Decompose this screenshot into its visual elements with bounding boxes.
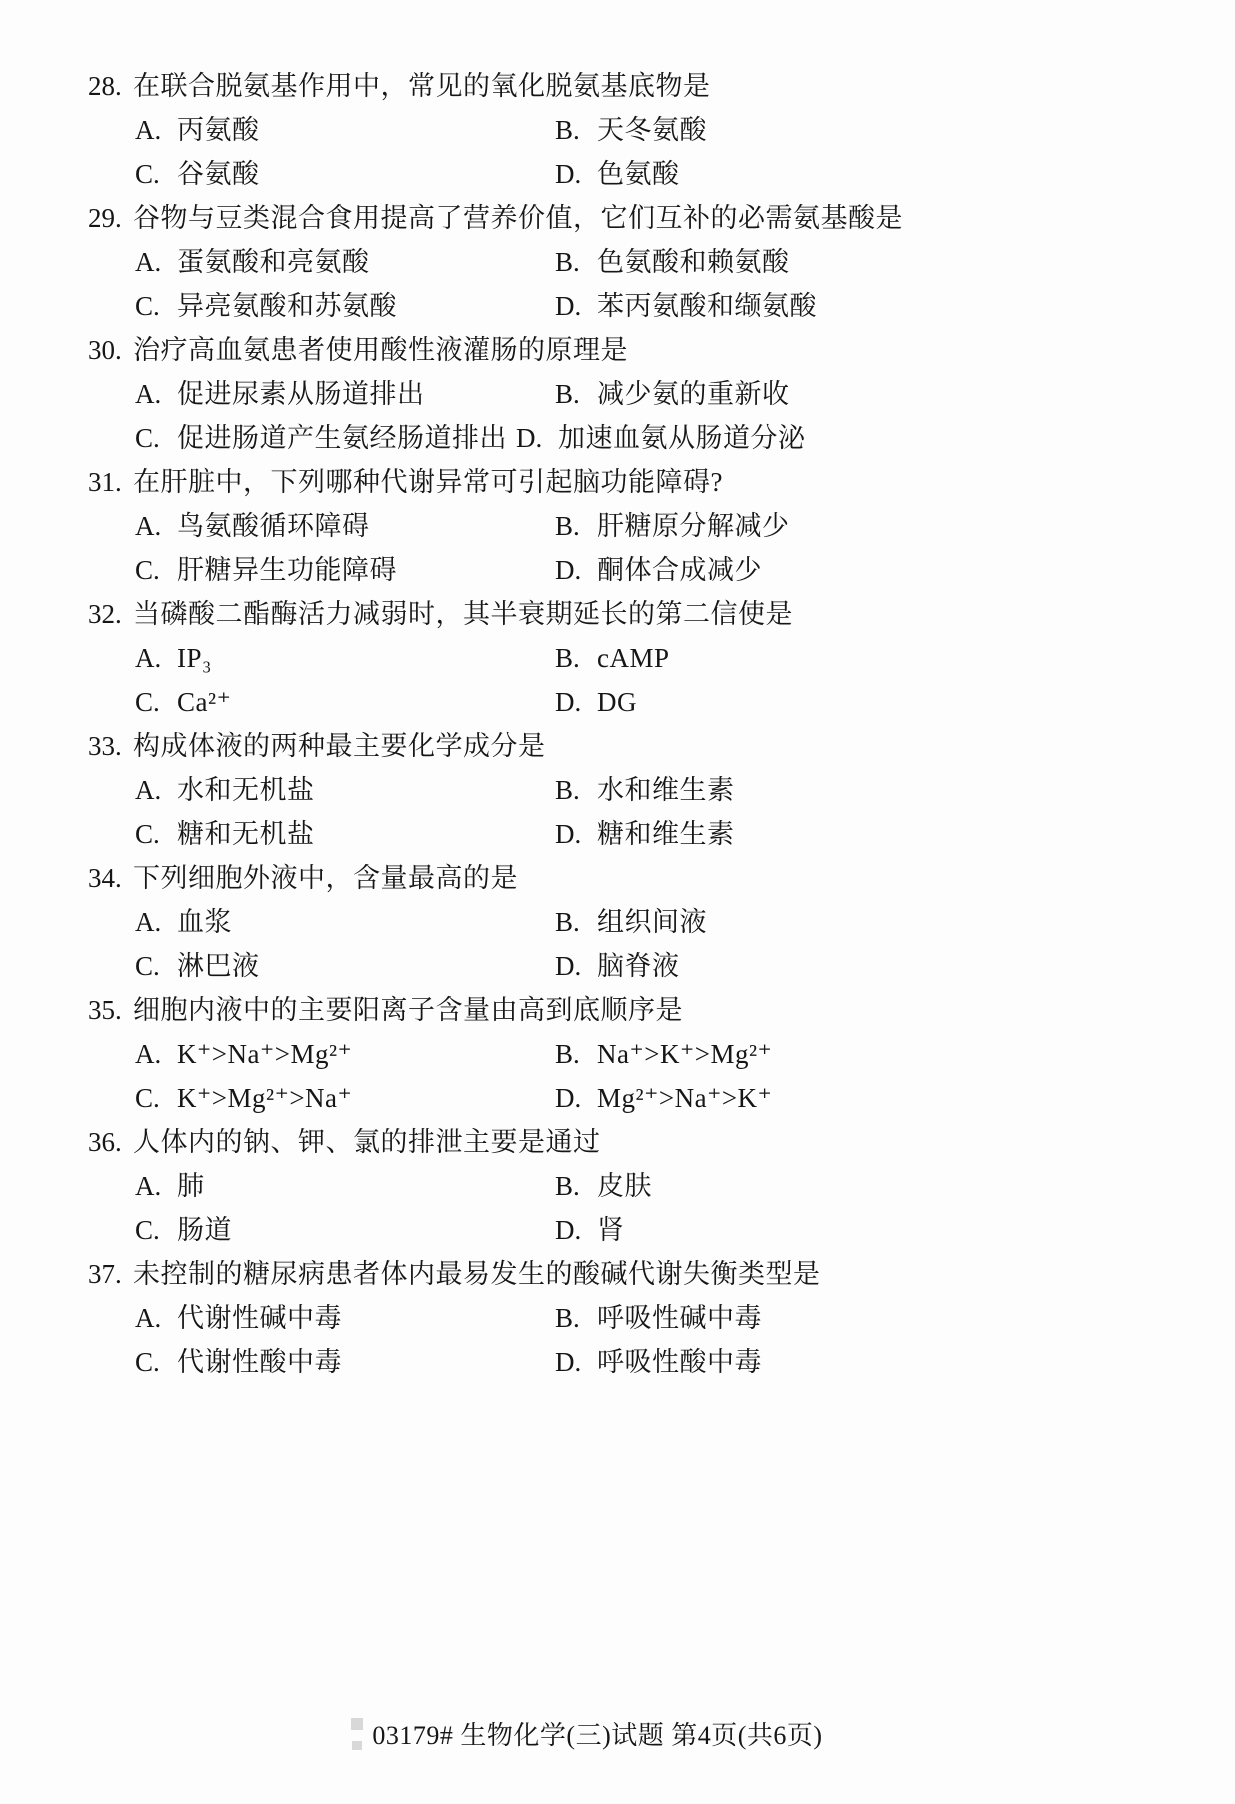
option-c-text: 代谢性酸中毒 — [177, 1340, 342, 1384]
option-row-cd: C. 代谢性酸中毒 D. 呼吸性酸中毒 — [0, 1340, 1235, 1384]
question-stem-row: 35. 细胞内液中的主要阳离子含量由高到底顺序是 — [0, 988, 1235, 1032]
option-b: B. 减少氨的重新收 — [555, 372, 790, 416]
option-a-text: IP₃ — [177, 636, 212, 680]
option-a-text: 水和无机盐 — [177, 768, 315, 812]
question-number: 37. — [88, 1252, 133, 1296]
question-stem-row: 33. 构成体液的两种最主要化学成分是 — [0, 724, 1235, 768]
option-c-label: C. — [135, 1208, 177, 1252]
option-c: C. 肠道 — [135, 1208, 555, 1252]
option-c-text: K⁺>Mg²⁺>Na⁺ — [177, 1076, 352, 1120]
option-c: C. 促进肠道产生氨经肠道排出 — [135, 416, 507, 460]
question-35: 35. 细胞内液中的主要阳离子含量由高到底顺序是 A. K⁺>Na⁺>Mg²⁺ … — [0, 988, 1235, 1120]
option-c-label: C. — [135, 284, 177, 328]
option-d-label: D. — [555, 152, 597, 196]
option-b: B. 组织间液 — [555, 900, 707, 944]
option-d-label: D. — [555, 548, 597, 592]
option-b-text: 肝糖原分解减少 — [597, 504, 790, 548]
question-number: 28. — [88, 64, 133, 108]
option-c-text: 谷氨酸 — [177, 152, 260, 196]
question-number: 29. — [88, 196, 133, 240]
option-d-text: 肾 — [597, 1208, 625, 1252]
question-36: 36. 人体内的钠、钾、氯的排泄主要是通过 A. 肺 B. 皮肤 C. 肠道 — [0, 1120, 1235, 1252]
option-c: C. 异亮氨酸和苏氨酸 — [135, 284, 555, 328]
option-d-label: D. — [555, 1340, 597, 1384]
option-row-ab: A. 蛋氨酸和亮氨酸 B. 色氨酸和赖氨酸 — [0, 240, 1235, 284]
option-a: A. 蛋氨酸和亮氨酸 — [135, 240, 555, 284]
option-b-label: B. — [555, 372, 597, 416]
option-row-cd: C. 糖和无机盐 D. 糖和维生素 — [0, 812, 1235, 856]
option-a-label: A. — [135, 1032, 177, 1076]
option-row-cd: C. 谷氨酸 D. 色氨酸 — [0, 152, 1235, 196]
option-a-text: K⁺>Na⁺>Mg²⁺ — [177, 1032, 352, 1076]
option-c-text: 糖和无机盐 — [177, 812, 315, 856]
option-d-text: 色氨酸 — [597, 152, 680, 196]
option-d: D. 肾 — [555, 1208, 625, 1252]
option-a-text: 血浆 — [177, 900, 232, 944]
option-a-text: 促进尿素从肠道排出 — [177, 372, 425, 416]
option-a-label: A. — [135, 900, 177, 944]
option-row-ab: A. 血浆 B. 组织间液 — [0, 900, 1235, 944]
option-d-label: D. — [555, 680, 597, 724]
option-c: C. 淋巴液 — [135, 944, 555, 988]
option-b: B. 水和维生素 — [555, 768, 735, 812]
option-c: C. 谷氨酸 — [135, 152, 555, 196]
question-stem: 当磷酸二酯酶活力减弱时，其半衰期延长的第二信使是 — [133, 592, 793, 636]
option-c-label: C. — [135, 152, 177, 196]
option-a-text: 鸟氨酸循环障碍 — [177, 504, 370, 548]
question-28: 28. 在联合脱氨基作用中，常见的氧化脱氨基底物是 A. 丙氨酸 B. 天冬氨酸… — [0, 64, 1235, 196]
option-c-label: C. — [135, 1340, 177, 1384]
option-b-text: Na⁺>K⁺>Mg²⁺ — [597, 1032, 772, 1076]
question-number: 30. — [88, 328, 133, 372]
question-stem: 人体内的钠、钾、氯的排泄主要是通过 — [133, 1120, 601, 1164]
question-30: 30. 治疗高血氨患者使用酸性液灌肠的原理是 A. 促进尿素从肠道排出 B. 减… — [0, 328, 1235, 460]
option-b-text: cAMP — [597, 636, 670, 680]
option-row-ab: A. 鸟氨酸循环障碍 B. 肝糖原分解减少 — [0, 504, 1235, 548]
option-b-label: B. — [555, 1032, 597, 1076]
option-a-text: 代谢性碱中毒 — [177, 1296, 342, 1340]
option-row-ab: A. 代谢性碱中毒 B. 呼吸性碱中毒 — [0, 1296, 1235, 1340]
option-b-label: B. — [555, 1164, 597, 1208]
question-34: 34. 下列细胞外液中，含量最高的是 A. 血浆 B. 组织间液 C. 淋巴液 — [0, 856, 1235, 988]
option-d-label: D. — [555, 1208, 597, 1252]
option-b: B. cAMP — [555, 636, 670, 680]
question-33: 33. 构成体液的两种最主要化学成分是 A. 水和无机盐 B. 水和维生素 C.… — [0, 724, 1235, 856]
option-a-label: A. — [135, 1296, 177, 1340]
option-c-label: C. — [135, 1076, 177, 1120]
option-d: D. 脑脊液 — [555, 944, 680, 988]
option-b-text: 组织间液 — [597, 900, 707, 944]
question-stem: 构成体液的两种最主要化学成分是 — [133, 724, 546, 768]
option-c-text: 促进肠道产生氨经肠道排出 — [177, 416, 507, 460]
option-d: D. 酮体合成减少 — [555, 548, 762, 592]
option-row-cd: C. 肝糖异生功能障碍 D. 酮体合成减少 — [0, 548, 1235, 592]
option-d-label: D. — [516, 416, 558, 460]
option-b: B. 皮肤 — [555, 1164, 652, 1208]
option-a: A. 促进尿素从肠道排出 — [135, 372, 555, 416]
option-d: D. 呼吸性酸中毒 — [555, 1340, 762, 1384]
option-d: D. 加速血氨从肠道分泌 — [516, 416, 806, 460]
question-stem: 在肝脏中，下列哪种代谢异常可引起脑功能障碍? — [133, 460, 723, 504]
question-stem-row: 31. 在肝脏中，下列哪种代谢异常可引起脑功能障碍? — [0, 460, 1235, 504]
question-number: 31. — [88, 460, 133, 504]
option-row-cd: C. 肠道 D. 肾 — [0, 1208, 1235, 1252]
question-number: 36. — [88, 1120, 133, 1164]
option-b-label: B. — [555, 108, 597, 152]
option-a: A. 血浆 — [135, 900, 555, 944]
option-d-text: Mg²⁺>Na⁺>K⁺ — [597, 1076, 772, 1120]
option-d-label: D. — [555, 1076, 597, 1120]
question-stem-row: 30. 治疗高血氨患者使用酸性液灌肠的原理是 — [0, 328, 1235, 372]
option-a: A. 肺 — [135, 1164, 555, 1208]
option-a: A. 鸟氨酸循环障碍 — [135, 504, 555, 548]
option-a-label: A. — [135, 108, 177, 152]
option-b: B. Na⁺>K⁺>Mg²⁺ — [555, 1032, 772, 1076]
option-c-label: C. — [135, 680, 177, 724]
option-c-text: 肝糖异生功能障碍 — [177, 548, 397, 592]
page-footer: 03179# 生物化学(三)试题 第4页(共6页) — [0, 1716, 1195, 1756]
option-row-ab: A. 肺 B. 皮肤 — [0, 1164, 1235, 1208]
question-stem: 下列细胞外液中，含量最高的是 — [133, 856, 518, 900]
question-stem: 谷物与豆类混合食用提高了营养价值，它们互补的必需氨基酸是 — [133, 196, 903, 240]
option-row-ab: A. 促进尿素从肠道排出 B. 减少氨的重新收 — [0, 372, 1235, 416]
question-29: 29. 谷物与豆类混合食用提高了营养价值，它们互补的必需氨基酸是 A. 蛋氨酸和… — [0, 196, 1235, 328]
question-37: 37. 未控制的糖尿病患者体内最易发生的酸碱代谢失衡类型是 A. 代谢性碱中毒 … — [0, 1252, 1235, 1384]
option-d: D. 色氨酸 — [555, 152, 680, 196]
option-a-text: 丙氨酸 — [177, 108, 260, 152]
exam-page: 28. 在联合脱氨基作用中，常见的氧化脱氨基底物是 A. 丙氨酸 B. 天冬氨酸… — [0, 0, 1235, 1804]
option-a: A. K⁺>Na⁺>Mg²⁺ — [135, 1032, 555, 1076]
option-row-cd: C. 促进肠道产生氨经肠道排出 D. 加速血氨从肠道分泌 — [0, 416, 1235, 460]
question-stem-row: 29. 谷物与豆类混合食用提高了营养价值，它们互补的必需氨基酸是 — [0, 196, 1235, 240]
question-number: 32. — [88, 592, 133, 636]
option-row-ab: A. K⁺>Na⁺>Mg²⁺ B. Na⁺>K⁺>Mg²⁺ — [0, 1032, 1235, 1076]
question-32: 32. 当磷酸二酯酶活力减弱时，其半衰期延长的第二信使是 A. IP₃ B. c… — [0, 592, 1235, 724]
option-d-text: 酮体合成减少 — [597, 548, 762, 592]
question-stem-row: 34. 下列细胞外液中，含量最高的是 — [0, 856, 1235, 900]
option-b-text: 呼吸性碱中毒 — [597, 1296, 762, 1340]
option-a: A. IP₃ — [135, 636, 555, 680]
question-stem-row: 32. 当磷酸二酯酶活力减弱时，其半衰期延长的第二信使是 — [0, 592, 1235, 636]
option-a-label: A. — [135, 1164, 177, 1208]
option-row-ab: A. 丙氨酸 B. 天冬氨酸 — [0, 108, 1235, 152]
option-b-text: 减少氨的重新收 — [597, 372, 790, 416]
option-d: D. 糖和维生素 — [555, 812, 735, 856]
option-c: C. 代谢性酸中毒 — [135, 1340, 555, 1384]
option-d-label: D. — [555, 944, 597, 988]
option-d: D. Mg²⁺>Na⁺>K⁺ — [555, 1076, 772, 1120]
option-c-text: 淋巴液 — [177, 944, 260, 988]
question-number: 34. — [88, 856, 133, 900]
question-31: 31. 在肝脏中，下列哪种代谢异常可引起脑功能障碍? A. 鸟氨酸循环障碍 B.… — [0, 460, 1235, 592]
option-a: A. 丙氨酸 — [135, 108, 555, 152]
option-c-label: C. — [135, 548, 177, 592]
option-a-label: A. — [135, 636, 177, 680]
option-b-label: B. — [555, 504, 597, 548]
question-number: 33. — [88, 724, 133, 768]
question-stem-row: 37. 未控制的糖尿病患者体内最易发生的酸碱代谢失衡类型是 — [0, 1252, 1235, 1296]
option-d: D. DG — [555, 680, 637, 724]
question-stem-row: 36. 人体内的钠、钾、氯的排泄主要是通过 — [0, 1120, 1235, 1164]
option-a-label: A. — [135, 768, 177, 812]
option-b: B. 肝糖原分解减少 — [555, 504, 790, 548]
option-b: B. 天冬氨酸 — [555, 108, 707, 152]
option-b-label: B. — [555, 240, 597, 284]
option-d-text: 脑脊液 — [597, 944, 680, 988]
option-d-text: 糖和维生素 — [597, 812, 735, 856]
option-row-cd: C. K⁺>Mg²⁺>Na⁺ D. Mg²⁺>Na⁺>K⁺ — [0, 1076, 1235, 1120]
option-c-text: Ca²⁺ — [177, 680, 231, 724]
option-c-label: C. — [135, 812, 177, 856]
option-b-text: 色氨酸和赖氨酸 — [597, 240, 790, 284]
option-b-text: 天冬氨酸 — [597, 108, 707, 152]
option-c-label: C. — [135, 944, 177, 988]
option-d-text: 呼吸性酸中毒 — [597, 1340, 762, 1384]
option-a-text: 蛋氨酸和亮氨酸 — [177, 240, 370, 284]
option-d-text: 加速血氨从肠道分泌 — [558, 416, 806, 460]
option-row-cd: C. 异亮氨酸和苏氨酸 D. 苯丙氨酸和缬氨酸 — [0, 284, 1235, 328]
question-list: 28. 在联合脱氨基作用中，常见的氧化脱氨基底物是 A. 丙氨酸 B. 天冬氨酸… — [0, 64, 1235, 1384]
question-stem: 未控制的糖尿病患者体内最易发生的酸碱代谢失衡类型是 — [133, 1252, 821, 1296]
option-b: B. 呼吸性碱中毒 — [555, 1296, 762, 1340]
option-a-text: 肺 — [177, 1164, 205, 1208]
option-c: C. K⁺>Mg²⁺>Na⁺ — [135, 1076, 555, 1120]
option-d-label: D. — [555, 812, 597, 856]
option-row-cd: C. Ca²⁺ D. DG — [0, 680, 1235, 724]
option-d-label: D. — [555, 284, 597, 328]
option-a: A. 代谢性碱中毒 — [135, 1296, 555, 1340]
option-a: A. 水和无机盐 — [135, 768, 555, 812]
question-stem: 在联合脱氨基作用中，常见的氧化脱氨基底物是 — [133, 64, 711, 108]
option-d-text: DG — [597, 680, 637, 724]
option-b-label: B. — [555, 636, 597, 680]
option-a-label: A. — [135, 372, 177, 416]
option-b: B. 色氨酸和赖氨酸 — [555, 240, 790, 284]
option-b-label: B. — [555, 768, 597, 812]
option-b-text: 水和维生素 — [597, 768, 735, 812]
option-c: C. Ca²⁺ — [135, 680, 555, 724]
question-stem-row: 28. 在联合脱氨基作用中，常见的氧化脱氨基底物是 — [0, 64, 1235, 108]
option-b-text: 皮肤 — [597, 1164, 652, 1208]
question-stem: 细胞内液中的主要阳离子含量由高到底顺序是 — [133, 988, 683, 1032]
option-a-label: A. — [135, 240, 177, 284]
option-c-text: 异亮氨酸和苏氨酸 — [177, 284, 397, 328]
option-row-ab: A. 水和无机盐 B. 水和维生素 — [0, 768, 1235, 812]
option-c: C. 肝糖异生功能障碍 — [135, 548, 555, 592]
option-c-text: 肠道 — [177, 1208, 232, 1252]
question-number: 35. — [88, 988, 133, 1032]
option-b-label: B. — [555, 1296, 597, 1340]
option-d: D. 苯丙氨酸和缬氨酸 — [555, 284, 817, 328]
question-stem: 治疗高血氨患者使用酸性液灌肠的原理是 — [133, 328, 628, 372]
option-c: C. 糖和无机盐 — [135, 812, 555, 856]
option-d-text: 苯丙氨酸和缬氨酸 — [597, 284, 817, 328]
option-b-label: B. — [555, 900, 597, 944]
option-a-label: A. — [135, 504, 177, 548]
option-c-label: C. — [135, 416, 177, 460]
option-row-ab: A. IP₃ B. cAMP — [0, 636, 1235, 680]
option-row-cd: C. 淋巴液 D. 脑脊液 — [0, 944, 1235, 988]
